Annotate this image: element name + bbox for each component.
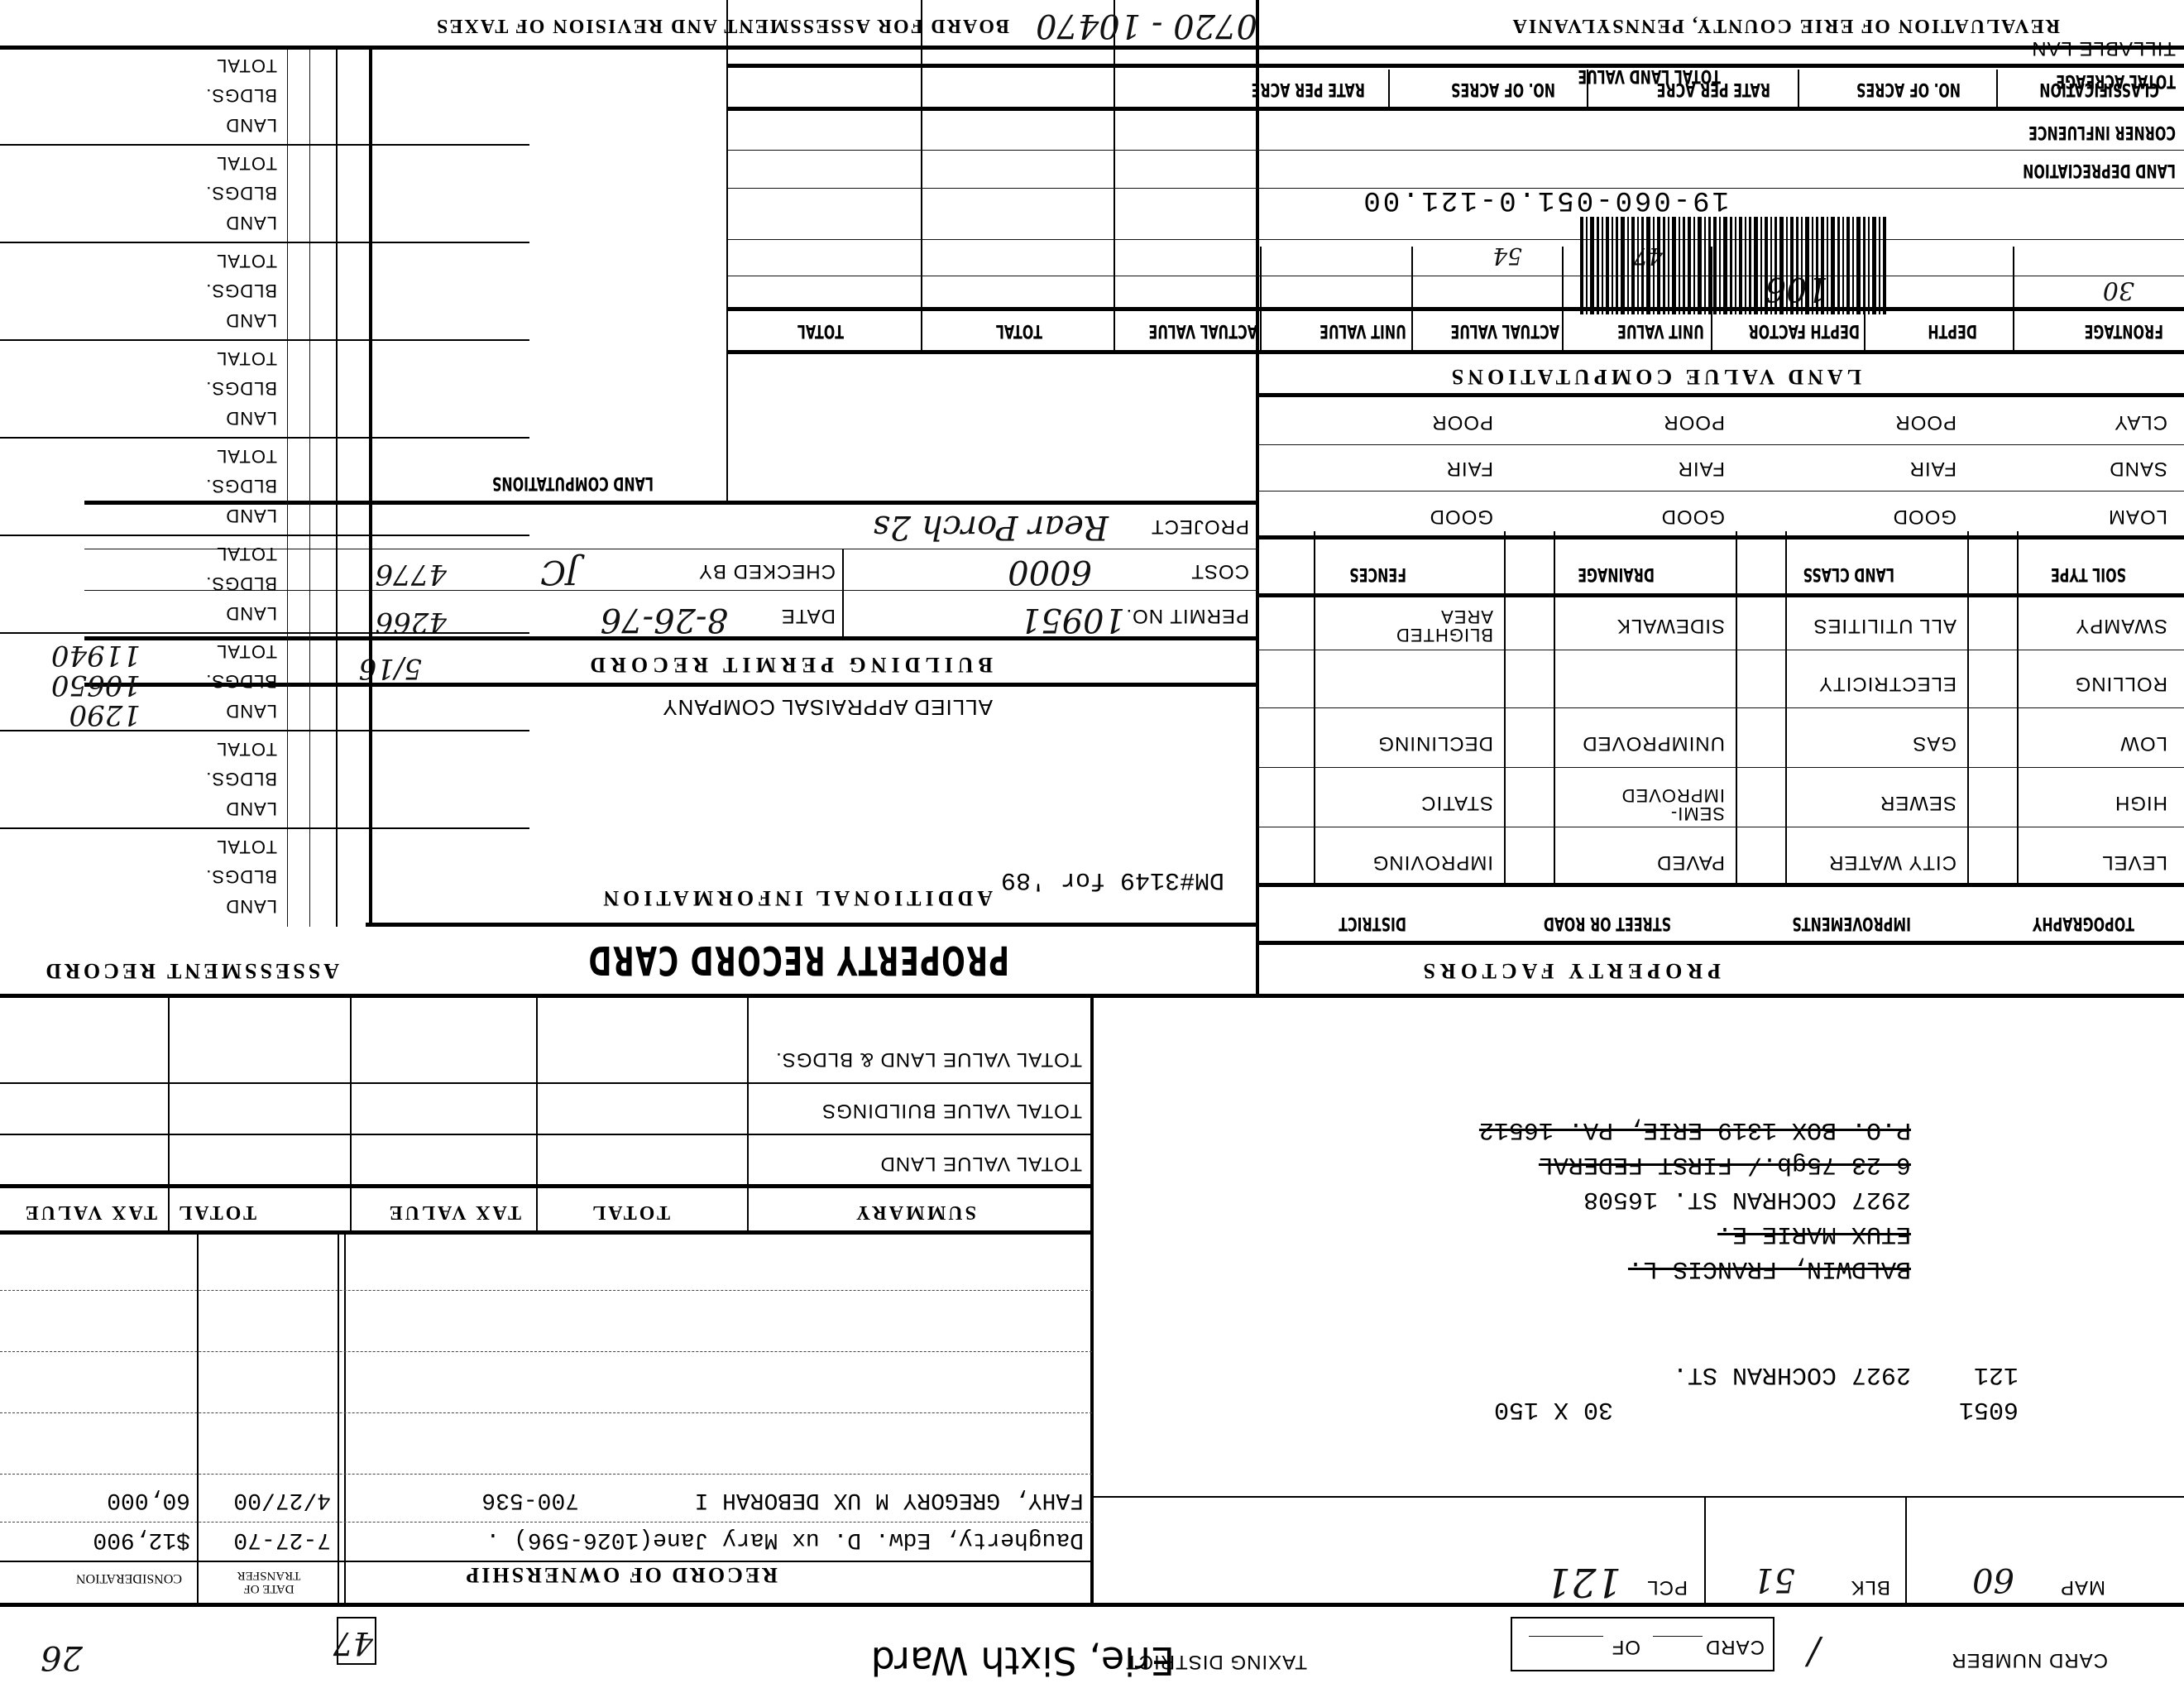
blk-label: BLK xyxy=(1851,1575,1890,1599)
assess-1988-total: 11940 xyxy=(51,639,141,672)
acreage-header: NO. OF ACRES xyxy=(1856,79,1961,99)
assess-label: TOTAL xyxy=(216,152,277,174)
cost-value: 6000 xyxy=(1008,553,1092,591)
pf-item: SIDEWALK xyxy=(1616,614,1725,637)
additional-info-title: ADDITIONAL INFORMATION xyxy=(599,885,993,910)
checked-note: 4776 xyxy=(375,558,447,591)
assess-label: TOTAL xyxy=(216,348,277,369)
summary-tax-value-header-2: TAX VALUE xyxy=(23,1201,157,1223)
pf-item: STATIC xyxy=(1420,791,1493,814)
assess-label: LAND xyxy=(225,114,277,136)
parcel-code: 6051 xyxy=(1959,1395,2019,1423)
pf-item: LOW xyxy=(2119,731,2167,755)
assess-label: LAND xyxy=(225,212,277,233)
divider xyxy=(747,998,749,1233)
blk-value: 51 xyxy=(1753,1561,1795,1599)
soil-item: LOAM xyxy=(2108,505,2167,528)
pf-item: GAS xyxy=(1912,731,1956,755)
assess-label: LAND xyxy=(225,407,277,429)
assess-label: TOTAL xyxy=(216,640,277,662)
divider xyxy=(0,1082,1092,1084)
soil-item: GOOD xyxy=(1430,505,1493,528)
building-permit-title: BUILDING PERMIT RECORD xyxy=(585,652,993,677)
property-record-card: CARD NUMBER / CARD OF TAXING DISTRICT Er… xyxy=(0,0,2184,1688)
divider xyxy=(0,1412,1092,1413)
card-title: PROPERTY RECORD CARD xyxy=(587,937,1009,983)
soil-item: POOR xyxy=(1431,410,1493,434)
pf-header: STREET OR ROAD xyxy=(1544,913,1671,933)
assess-1988-land: 1290 xyxy=(69,698,141,731)
lv-header: DEPTH FACTOR xyxy=(1748,320,1860,341)
date-label: DATE xyxy=(781,604,836,627)
date-value: 8-26-76 xyxy=(601,601,728,639)
permit-no-label: PERMIT NO. xyxy=(1125,604,1249,627)
divider xyxy=(0,1134,1092,1135)
assess-label: BLDGS. xyxy=(205,84,277,106)
summary-row-label: TOTAL VALUE LAND xyxy=(879,1152,1082,1175)
cost-label: COST xyxy=(1190,559,1249,583)
summary-total-header-2: TOTAL xyxy=(176,1201,256,1223)
summary-tax-value-header: TAX VALUE xyxy=(387,1201,521,1223)
lv-header: ACTUAL VALUE xyxy=(1450,320,1559,341)
assess-1988-bldgs: 10650 xyxy=(51,669,141,702)
ownership-date: 7-27-70 xyxy=(233,1527,331,1552)
summary-total-header: TOTAL xyxy=(590,1201,670,1223)
divider xyxy=(1905,1498,1907,1605)
divider xyxy=(0,994,2184,998)
assess-label: TOTAL xyxy=(216,738,277,760)
corner-number: 26 xyxy=(41,1638,83,1676)
pf-item: ALL UTILITIES xyxy=(1813,614,1957,637)
owner-line: 2927 COCHRAN ST. 16508 xyxy=(1583,1185,1911,1213)
checked-by-label: CHECKED BY xyxy=(698,559,836,583)
land-computations-title: LAND COMPUTATIONS xyxy=(492,472,654,493)
card-number-mark: / xyxy=(1808,1631,1820,1673)
pf-item: SWAMPY xyxy=(2075,614,2167,637)
divider xyxy=(1092,1496,2184,1498)
soil-header: FENCES xyxy=(1349,563,1406,584)
date-note: 4266 xyxy=(375,606,447,639)
assess-label: BLDGS. xyxy=(205,670,277,692)
divider xyxy=(0,1561,1092,1562)
summary-row-label: TOTAL VALUE LAND & BLDGS. xyxy=(775,1048,1082,1071)
pf-item: LEVEL xyxy=(2101,851,2167,874)
pf-item: CITY WATER xyxy=(1828,851,1956,874)
map-value: 60 xyxy=(1972,1561,2014,1599)
total-acreage-label: TOTAL ACREAGE xyxy=(2056,70,2176,91)
map-label: MAP xyxy=(2060,1575,2105,1599)
lv-header: FRONTAGE xyxy=(2085,320,2163,341)
assess-label: LAND xyxy=(225,309,277,331)
assess-label: BLDGS. xyxy=(205,768,277,789)
revaluation-header: REVALUATION OF ERIE COUNTY, PENNSYLVANIA xyxy=(1511,14,2060,36)
pf-item: SEMI-IMPROVED xyxy=(1584,786,1725,822)
soil-header: LAND CLASS xyxy=(1803,563,1894,584)
pf-item: ELECTRICITY xyxy=(1818,672,1956,695)
card-label: CARD xyxy=(1705,1635,1765,1658)
divider xyxy=(1967,531,1969,887)
pf-item: HIGH xyxy=(2115,791,2167,814)
divider xyxy=(1785,531,1787,887)
pf-item: UNIMPROVED xyxy=(1582,731,1725,755)
assess-label: TOTAL xyxy=(216,55,277,76)
divider xyxy=(0,1230,1092,1235)
assess-label: BLDGS. xyxy=(205,280,277,301)
corner-influence-label: CORNER INFLUENCE xyxy=(2028,122,2176,142)
soil-item: GOOD xyxy=(1893,505,1956,528)
lv-header: DEPTH xyxy=(1928,320,1977,341)
soil-item: FAIR xyxy=(1446,457,1493,480)
divider xyxy=(338,1233,339,1605)
soil-item: FAIR xyxy=(1909,457,1956,480)
divider xyxy=(2017,531,2019,887)
property-factors-title: PROPERTY FACTORS xyxy=(1419,958,1721,983)
divider xyxy=(350,998,352,1233)
frontage-value: 30 xyxy=(2103,276,2134,305)
assess-label: BLDGS. xyxy=(205,377,277,399)
divider xyxy=(1736,531,1737,887)
checked-by-value: JC xyxy=(540,553,579,591)
handwritten-ref: 0720 - 10470 xyxy=(1036,7,1257,45)
soil-item: CLAY xyxy=(2114,410,2167,434)
assess-label: TOTAL xyxy=(216,250,277,271)
ownership-owner: Daugherty, Edw. D. ux Mary Jane(1026-596… xyxy=(486,1527,1084,1552)
consideration-header: CONSIDERATION xyxy=(76,1571,182,1585)
additional-info-note: DM#3149 for '89 xyxy=(1001,866,1224,894)
barcode xyxy=(1578,217,1886,314)
divider xyxy=(536,998,538,1233)
divider xyxy=(1504,531,1506,887)
project-label: PROJECT xyxy=(1151,515,1249,538)
divider xyxy=(726,0,728,505)
parcel-number: 121 xyxy=(1974,1360,2019,1388)
parcel-id: 19-060-051.0-121.00 xyxy=(1361,184,1729,215)
pf-header: TOPOGRAPHY xyxy=(2033,913,2134,933)
assess-label: LAND xyxy=(225,700,277,722)
lv-header: UNIT VALUE xyxy=(1617,320,1704,341)
soil-header: DRAINAGE xyxy=(1578,563,1655,584)
pf-item: ROLLING xyxy=(2075,672,2167,695)
card-number-label: CARD NUMBER xyxy=(1951,1648,2108,1671)
total-land-value-label: TOTAL LAND VALUE xyxy=(1578,65,1721,86)
pf-item: IMPROVING xyxy=(1372,851,1493,874)
of-label: OF xyxy=(1612,1635,1640,1658)
owner-line: BALDWIN, FRANCIS L. xyxy=(1628,1254,1911,1283)
owner-line: P.O. BOX 1319 ERIE, PA. 16512 xyxy=(1479,1115,1911,1144)
pcl-value: 121 xyxy=(1545,1559,1621,1605)
divider xyxy=(1257,883,2184,887)
pf-item: PAVED xyxy=(1656,851,1725,874)
assess-label: BLDGS. xyxy=(205,182,277,204)
soil-item: POOR xyxy=(1894,410,1956,434)
lv-header: ACTUAL VALUE xyxy=(1148,320,1257,341)
assess-label: BLDGS. xyxy=(205,573,277,594)
permit-no-value: 10951 xyxy=(1020,601,1125,639)
divider xyxy=(0,1184,1092,1188)
acreage-header: NO. OF ACRES xyxy=(1451,79,1555,99)
pf-item: SEWER xyxy=(1880,791,1956,814)
divider xyxy=(0,1522,1092,1523)
card-of-box: CARD OF xyxy=(1511,1617,1774,1671)
divider xyxy=(369,50,372,927)
ownership-consideration: 60,000 xyxy=(107,1487,190,1513)
assessment-grid: LAND BLDGS. TOTAL LAND BLDGS. TOTAL LAND… xyxy=(0,50,281,927)
ownership-date: 4/27/00 xyxy=(233,1487,331,1513)
soil-item: GOOD xyxy=(1661,505,1725,528)
divider xyxy=(0,1290,1092,1291)
owner-line: 6-23-75gb./ FIRST FEDERAL xyxy=(1539,1150,1911,1178)
divider xyxy=(168,998,170,1233)
divider xyxy=(197,1233,199,1605)
divider xyxy=(0,1603,1100,1607)
pf-header: DISTRICT xyxy=(1339,913,1406,933)
ownership-deed: 700-536 xyxy=(481,1487,579,1513)
assess-label: TOTAL xyxy=(216,543,277,564)
assess-label: BLDGS. xyxy=(205,866,277,887)
lv-header: TOTAL xyxy=(797,320,844,341)
ownership-owner: FAHY, GREGORY M UX DEBORAH I xyxy=(695,1487,1084,1513)
actual-value: 54 xyxy=(1492,242,1522,270)
pcl-label: PCL xyxy=(1646,1575,1688,1599)
board-header: BOARD FOR ASSESSMENT AND REVISION OF TAX… xyxy=(435,14,1009,36)
lv-header: UNIT VALUE xyxy=(1319,320,1406,341)
assess-label: LAND xyxy=(225,505,277,526)
divider xyxy=(0,1474,1092,1475)
appraiser-name: ALLIED APPRAISAL COMPANY xyxy=(662,694,993,720)
lv-header: TOTAL xyxy=(996,320,1042,341)
divider xyxy=(1554,531,1555,887)
divider xyxy=(1090,995,1094,1607)
taxing-district-value: Erie, Sixth Ward xyxy=(871,1638,1175,1683)
divider xyxy=(1257,941,2184,945)
acreage-header: RATE PER ACRE xyxy=(1252,79,1365,99)
assess-label: BLDGS. xyxy=(205,475,277,496)
lot-dimensions: 30 X 150 xyxy=(1494,1395,1613,1423)
owner-line: ETUX MARIE E. xyxy=(1717,1220,1911,1248)
pf-item: DECLINING xyxy=(1377,731,1493,755)
summary-title: SUMMARY xyxy=(854,1201,976,1223)
pf-header: IMPROVEMENTS xyxy=(1792,913,1911,933)
project-value: Rear Porch 2s xyxy=(873,508,1109,546)
assess-label: LAND xyxy=(225,798,277,819)
assess-label: LAND xyxy=(225,895,277,917)
summary-row-label: TOTAL VALUE BUILDINGS xyxy=(821,1099,1082,1122)
ownership-title: RECORD OF OWNERSHIP xyxy=(463,1562,778,1587)
pf-item: BLIGHTED AREA xyxy=(1344,607,1493,644)
boxed-number: 47 xyxy=(337,1617,376,1665)
divider xyxy=(1314,531,1315,887)
assess-label: TOTAL xyxy=(216,445,277,467)
property-address: 2927 COCHRAN ST. xyxy=(1673,1360,1911,1388)
soil-item: SAND xyxy=(2109,457,2167,480)
taxing-district-label: TAXING DISTRICT xyxy=(1191,1650,1307,1673)
soil-header: SOIL TYPE xyxy=(2051,563,2126,584)
date-of-transfer-header: DATE OF TRANSFER xyxy=(223,1569,314,1595)
divider xyxy=(1704,1498,1706,1605)
divider xyxy=(0,1351,1092,1352)
soil-item: POOR xyxy=(1663,410,1725,434)
assess-label: TOTAL xyxy=(216,836,277,857)
divider xyxy=(344,1233,346,1605)
ownership-consideration: $12,900 xyxy=(93,1527,190,1552)
land-depreciation-label: LAND DEPRECIATION xyxy=(2023,160,2176,180)
soil-item: FAIR xyxy=(1678,457,1725,480)
land-value-title: LAND VALUE COMPUTATIONS xyxy=(1448,364,1861,389)
assess-label: LAND xyxy=(225,602,277,624)
assessment-title: ASSESSMENT RECORD xyxy=(42,958,339,983)
